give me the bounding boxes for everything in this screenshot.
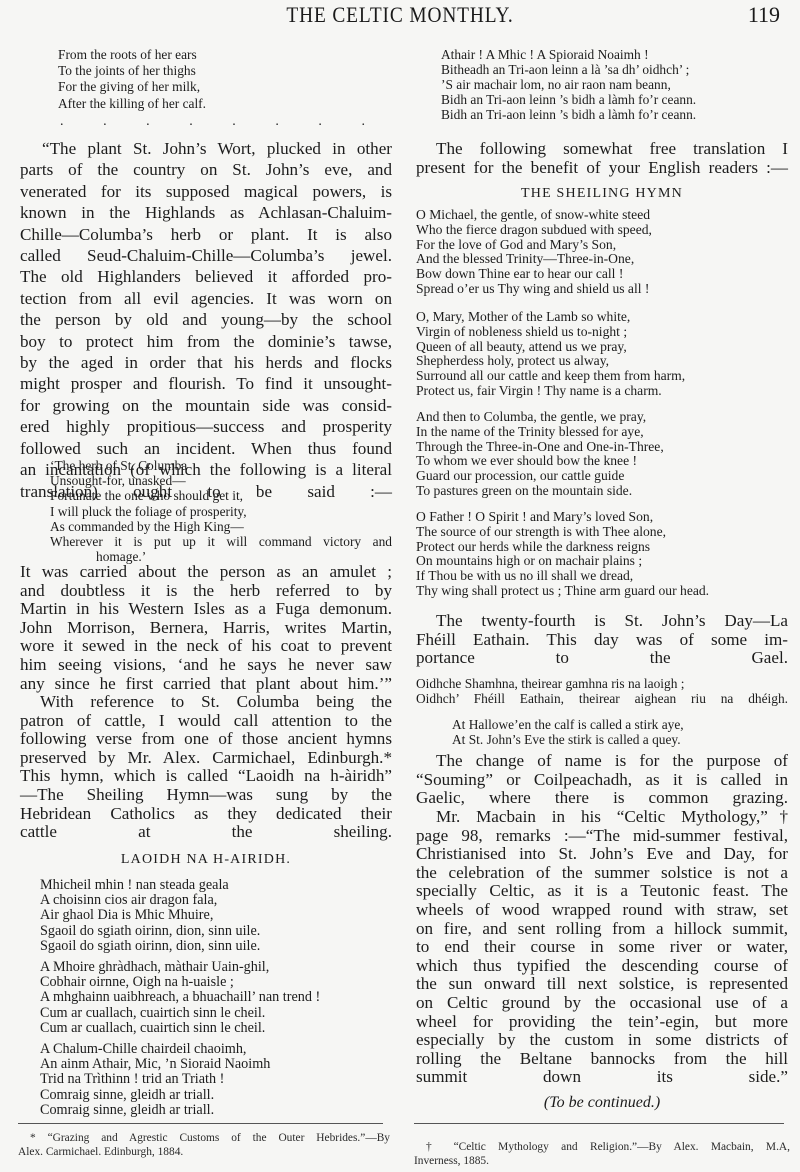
text-line: With reference to St. Columba being the <box>20 693 392 712</box>
verse-line: Comraig sinne, gleidh ar triall. <box>40 1103 270 1118</box>
verse-line: Virgin of nobleness shield us to-night ; <box>416 325 685 340</box>
verse-line: Spread o’er us Thy wing and shield us al… <box>416 282 652 297</box>
gaelic-hymn-stanza-3: A Chalum-Chille chairdeil chaoimh, An ai… <box>40 1042 270 1118</box>
verse-line: At Hallowe’en the calf is called a stirk… <box>452 717 684 732</box>
paragraph-st-johns-day: The twenty-fourth is St. John’s Day—La F… <box>416 612 788 668</box>
text-line: It was carried about the person as an am… <box>20 563 392 582</box>
text-line: “Souming” or Coilpeachadh, as it is call… <box>416 771 788 790</box>
opening-verse: From the roots of her ears To the joints… <box>58 47 206 112</box>
verse-line: ‘The herb of St. Columba <box>50 458 392 473</box>
verse-line: A mhghainn uaibhreach, a bhuachaill’ nan… <box>40 990 320 1005</box>
verse-line: Bow down Thine ear to hear our call ! <box>416 267 652 282</box>
verse-line: The source of our strength is with Thee … <box>416 525 709 540</box>
verse-line: Thy wing shall protect us ; Thine arm gu… <box>416 584 709 599</box>
verse-line: Shepherdess holy, protect us alway, <box>416 354 685 369</box>
footnote-left: * “Grazing and Agrestic Customs of the O… <box>18 1131 390 1159</box>
text-line: which thus typified the descending cours… <box>416 957 788 976</box>
footnote-line: † “Celtic Mythology and Religion.”—By Al… <box>414 1140 790 1154</box>
gaelic-hymn-stanza-1: Mhicheil mhin ! nan steada geala A chois… <box>40 878 260 954</box>
verse-line: To the joints of her thighs <box>58 63 206 79</box>
verse-line: From the roots of her ears <box>58 47 206 63</box>
text-line: called Seud-Chaluim-Chille—Columba’s jew… <box>20 245 392 266</box>
text-line: cattle at the sheiling. <box>20 823 392 842</box>
verse-line: Fortunate the one who should get it, <box>50 488 392 503</box>
text-line: The twenty-fourth is St. John’s Day—La <box>416 612 788 631</box>
incantation-verse: ‘The herb of St. Columba Unsought-for, u… <box>50 458 392 564</box>
text-line: him seeing visions, ‘and he says he neve… <box>20 656 392 675</box>
verse-line: And then to Columba, the gentle, we pray… <box>416 410 664 425</box>
verse-line: Unsought-for, unasked— <box>50 473 392 488</box>
text-line: to end their course in some river or wat… <box>416 938 788 957</box>
verse-line: For the giving of her milk, <box>58 79 206 95</box>
english-hymn-stanza-3: And then to Columba, the gentle, we pray… <box>416 410 664 499</box>
text-line: Gaelic, where there is common grazing. <box>416 789 788 808</box>
verse-line: Oidhch’ Fhéill Eathain, theirear aighean… <box>416 691 788 706</box>
text-line: followed such an incident. When thus fou… <box>20 438 392 459</box>
verse-line: On mountains high or on machair plains ; <box>416 554 709 569</box>
verse-line: Surround all our cattle and keep them fr… <box>416 369 685 384</box>
english-hymn-stanza-4: O Father ! O Spirit ! and Mary’s loved S… <box>416 510 709 599</box>
footnote-line: Alex. Carmichael. Edinburgh, 1884. <box>18 1145 390 1159</box>
to-be-continued: (To be continued.) <box>416 1094 788 1112</box>
text-line: and doubtless it is the herb referred to… <box>20 582 392 601</box>
verse-line: An ainm Athair, Mic, ’n Sioraid Naoimh <box>40 1057 270 1072</box>
page-number: 119 <box>748 2 780 28</box>
footnote-right: † “Celtic Mythology and Religion.”—By Al… <box>414 1140 790 1168</box>
footnote-line: * “Grazing and Agrestic Customs of the O… <box>18 1131 390 1145</box>
text-line: The change of name is for the purpose of <box>416 752 788 771</box>
gaelic-hymn-title: LAOIDH NA H-AIRIDH. <box>20 852 392 868</box>
verse-line: O Father ! O Spirit ! and Mary’s loved S… <box>416 510 709 525</box>
text-line: summit down its side.” <box>416 1068 788 1087</box>
text-line: wheels of wood wrapped round with straw,… <box>416 901 788 920</box>
text-line: Hebridean Catholics as they dedicated th… <box>20 805 392 824</box>
verse-line: For the love of God and Mary’s Son, <box>416 238 652 253</box>
english-hymn-stanza-2: O, Mary, Mother of the Lamb so white, Vi… <box>416 310 685 399</box>
paragraph-st-johns-wort: “The plant St. John’s Wort, plucked in o… <box>20 138 392 502</box>
text-line: wore it sewed in the neck of his coat to… <box>20 637 392 656</box>
verse-line: And the blessed Trinity—Three-in-One, <box>416 252 652 267</box>
text-line: boy to protect him from the dominie’s ta… <box>20 331 392 352</box>
text-line: by the aged in order that his herds and … <box>20 352 392 373</box>
text-line: any since he first carried that plant ab… <box>20 675 392 694</box>
verse-line: A Mhoire ghràdhach, màthair Uain-ghil, <box>40 960 320 975</box>
text-line: venerated for its supposed magical power… <box>20 181 392 202</box>
text-line: portance to the Gael. <box>416 649 788 668</box>
verse-line: A Chalum-Chille chairdeil chaoimh, <box>40 1042 270 1057</box>
english-saying: At Hallowe’en the calf is called a stirk… <box>452 717 684 747</box>
verse-line: Protect us, fair Virgin ! Thy name is a … <box>416 384 685 399</box>
verse-line: ’S air machair lom, no air raon nam bean… <box>441 77 696 92</box>
paragraph-patron-of-cattle: With reference to St. Columba being the … <box>20 693 392 842</box>
verse-line: To pastures green on the mountain side. <box>416 484 664 499</box>
text-line: present for the benefit of your English … <box>416 158 788 177</box>
paragraph-translation-intro: The following somewhat free translation … <box>416 139 788 177</box>
text-line: might prosper and flourish. To find it u… <box>20 373 392 394</box>
text-line: Fhéill Eathain. This day was of some im- <box>416 631 788 650</box>
running-head-title: THE CELTIC MONTHLY. <box>48 2 752 28</box>
text-line: patron of cattle, I would call attention… <box>20 712 392 731</box>
verse-line: Bidh an Tri-aon leinn ’s bidh a làmh fo’… <box>441 92 696 107</box>
verse-line: Sgaoil do sgiath oirinn, dion, sinn uile… <box>40 939 260 954</box>
text-line: tection from all evil agencies. It was w… <box>20 288 392 309</box>
verse-line: Queen of all beauty, attend us we pray, <box>416 340 685 355</box>
text-line: the sun onward till next solstice, is re… <box>416 975 788 994</box>
verse-line: Cum ar cuallach, cuairtich sinn le cheil… <box>40 1006 320 1021</box>
text-line: John Morrison, Bernera, Harris, writes M… <box>20 619 392 638</box>
verse-line: A choisinn cios air dragon fala, <box>40 893 260 908</box>
verse-line: At St. John’s Eve the stirk is called a … <box>452 732 684 747</box>
paragraph-change-of-name: The change of name is for the purpose of… <box>416 752 788 808</box>
text-line: This hymn, which is called “Laoidh na h-… <box>20 767 392 786</box>
verse-line: If Thou be with us no ill shall we dread… <box>416 569 709 584</box>
english-hymn-title: THE SHEILING HYMN <box>416 186 788 202</box>
english-hymn-stanza-1: O Michael, the gentle, of snow-white ste… <box>416 208 652 297</box>
text-line: on Celtic ground by the occasional use o… <box>416 994 788 1013</box>
gaelic-hymn-stanza-2: A Mhoire ghràdhach, màthair Uain-ghil, C… <box>40 960 320 1036</box>
verse-line: O Michael, the gentle, of snow-white ste… <box>416 208 652 223</box>
text-line: “The plant St. John’s Wort, plucked in o… <box>20 138 392 159</box>
text-line: on fire, and sent rolling from a hillock… <box>416 920 788 939</box>
verse-line: I will pluck the foliage of prosperity, <box>50 504 392 519</box>
verse-line: Guard our procession, our cattle guide <box>416 469 664 484</box>
text-line: Christianised into St. John’s Eve and Da… <box>416 845 788 864</box>
verse-line: In the name of the Trinity blessed for a… <box>416 425 664 440</box>
verse-line: Sgaoil do sgiath oirinn, dion, sinn uile… <box>40 924 260 939</box>
verse-line: After the killing of her calf. <box>58 96 206 112</box>
text-line: known in the Highlands as Achlasan-Chalu… <box>20 202 392 223</box>
verse-line: Comraig sinne, gleidh ar triall. <box>40 1088 270 1103</box>
text-line: wheel for providing the tein’-egin, but … <box>416 1013 788 1032</box>
verse-line: Through the Three-in-One and One-in-Thre… <box>416 440 664 455</box>
verse-line: To whom we ever should bow the knee ! <box>416 454 664 469</box>
verse-line: O, Mary, Mother of the Lamb so white, <box>416 310 685 325</box>
gaelic-stanza-continued: Athair ! A Mhic ! A Spioraid Noaimh ! Bi… <box>441 47 696 122</box>
text-line: the person by old and young—by the schoo… <box>20 309 392 330</box>
verse-line: Bitheadh an Tri-aon leinn a là ’sa dh’ o… <box>441 62 696 77</box>
text-line: ered highly propitious—success and prosp… <box>20 416 392 437</box>
paragraph-macbain: Mr. Macbain in his “Celtic Mythology,”† … <box>416 808 788 1087</box>
text-line: specially Celtic, as it is a Teutonic fe… <box>416 882 788 901</box>
text-line: especially by the custom in some distric… <box>416 1031 788 1050</box>
text-line: the celebration of the summer solstice i… <box>416 864 788 883</box>
verse-line: Air ghaol Dia is Mhic Mhuire, <box>40 908 260 923</box>
text-line: —The Sheiling Hymn—was sung by the <box>20 786 392 805</box>
verse-line: Bidh an Tri-aon leinn ’s bidh a làmh fo’… <box>441 107 696 122</box>
footnote-line: Inverness, 1885. <box>414 1154 790 1168</box>
text-line: Mr. Macbain in his “Celtic Mythology,”† <box>416 808 788 827</box>
paragraph-amulet: It was carried about the person as an am… <box>20 563 392 693</box>
text-line: The following somewhat free translation … <box>416 139 788 158</box>
text-line: for growing on the mountain side was con… <box>20 395 392 416</box>
gaelic-saying: Oidhche Shamhna, theirear gamhna ris na … <box>416 676 788 706</box>
text-line: parts of the country on St. John’s eve, … <box>20 159 392 180</box>
verse-line: Oidhche Shamhna, theirear gamhna ris na … <box>416 676 788 691</box>
verse-line: Wherever it is put up it will command vi… <box>50 534 392 549</box>
verse-line: Who the fierce dragon subdued with speed… <box>416 223 652 238</box>
footnote-rule-left <box>18 1123 383 1124</box>
verse-line: Cum ar cuallach, cuairtich sinn le cheil… <box>40 1021 320 1036</box>
ellipsis-dots: ........ <box>60 114 365 130</box>
text-line: following verse from one of those ancien… <box>20 730 392 749</box>
text-line: Martin in his Western Isles as a Fuga de… <box>20 600 392 619</box>
text-line: Chille—Columba’s herb or plant. It is al… <box>20 224 392 245</box>
verse-line: Trid na Trìthinn ! trid an Triath ! <box>40 1072 270 1087</box>
text-line: page 98, remarks :—“The mid-summer festi… <box>416 827 788 846</box>
text-line: The old Highlanders believed it afforded… <box>20 266 392 287</box>
verse-line: As commanded by the High King— <box>50 519 392 534</box>
text-line: preserved by Mr. Alex. Carmichael, Edinb… <box>20 749 392 768</box>
verse-line: Mhicheil mhin ! nan steada geala <box>40 878 260 893</box>
verse-line: Cobhair oirnne, Oigh na h-uaisle ; <box>40 975 320 990</box>
text-line: rolling the Beltane bannocks from the hi… <box>416 1050 788 1069</box>
verse-line: Protect our herds while the darkness rei… <box>416 540 709 555</box>
footnote-rule-right <box>414 1123 784 1124</box>
verse-line: Athair ! A Mhic ! A Spioraid Noaimh ! <box>441 47 696 62</box>
